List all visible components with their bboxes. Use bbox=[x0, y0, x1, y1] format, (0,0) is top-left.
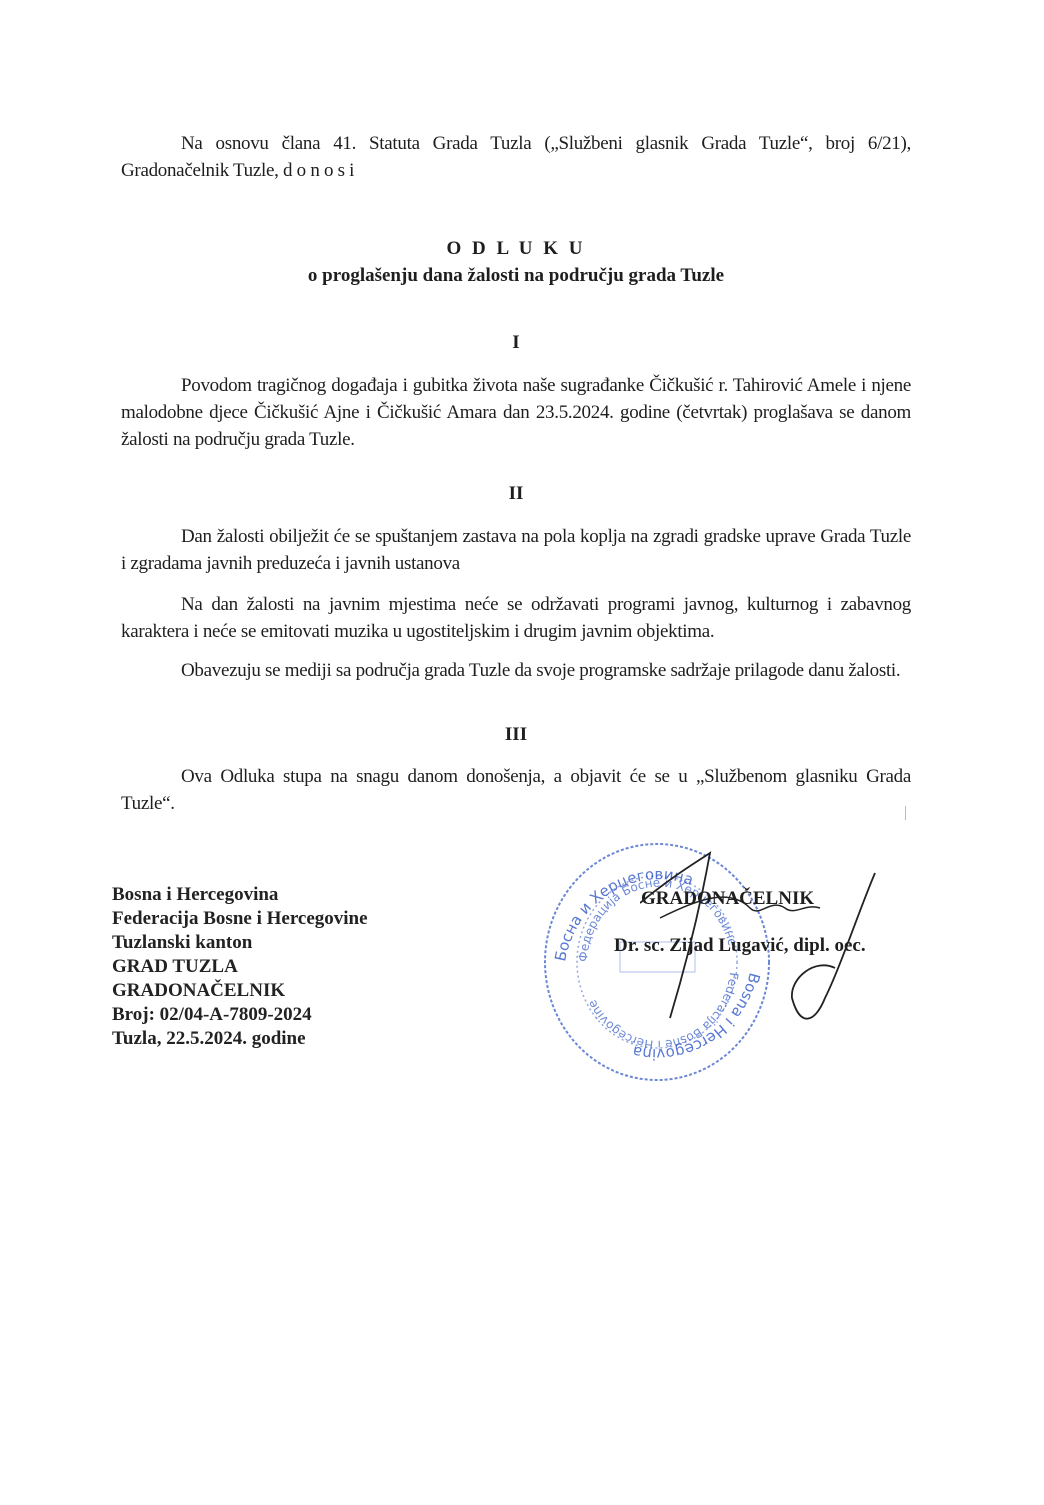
section-paragraph: Na dan žalosti na javnim mjestima neće s… bbox=[121, 591, 911, 645]
reference-number: Broj: 02/04-A-7809-2024 bbox=[112, 1003, 368, 1027]
section-paragraph: Povodom tragičnog događaja i gubitka živ… bbox=[121, 372, 911, 453]
issuer-line: GRADONAČELNIK bbox=[112, 979, 368, 1003]
section-numeral: II bbox=[121, 483, 911, 505]
section-paragraph: Obavezuju se mediji sa područja grada Tu… bbox=[121, 657, 911, 684]
paragraph-text: Na dan žalosti na javnim mjestima neće s… bbox=[121, 594, 911, 642]
preamble: Na osnovu člana 41. Statuta Grada Tuzla … bbox=[121, 130, 911, 184]
document-subtitle: o proglašenju dana žalosti na području g… bbox=[121, 265, 911, 287]
document-title: O D L U K U bbox=[121, 238, 911, 260]
paragraph-text: Dan žalosti obilježit će se spuštanjem z… bbox=[121, 526, 911, 574]
section-numeral: I bbox=[121, 332, 911, 354]
issuer-line: Federacija Bosne i Hercegovine bbox=[112, 907, 368, 931]
document-page: Na osnovu člana 41. Statuta Grada Tuzla … bbox=[0, 0, 1044, 1505]
preamble-text: Na osnovu člana 41. Statuta Grada Tuzla … bbox=[121, 133, 911, 181]
signature-icon bbox=[640, 848, 900, 1038]
issuer-line: Bosna i Hercegovina bbox=[112, 883, 368, 907]
paragraph-text: Ova Odluka stupa na snagu danom donošenj… bbox=[121, 766, 911, 814]
issuer-line: Tuzlanski kanton bbox=[112, 931, 368, 955]
section-paragraph: Dan žalosti obilježit će se spuštanjem z… bbox=[121, 523, 911, 577]
section-paragraph: Ova Odluka stupa na snagu danom donošenj… bbox=[121, 763, 911, 817]
section-numeral: III bbox=[121, 724, 911, 746]
paragraph-text: Povodom tragičnog događaja i gubitka živ… bbox=[121, 375, 911, 450]
issuer-block: Bosna i Hercegovina Federacija Bosne i H… bbox=[112, 883, 368, 1051]
paragraph-text: Obavezuju se mediji sa područja grada Tu… bbox=[181, 660, 900, 681]
issue-date: Tuzla, 22.5.2024. godine bbox=[112, 1027, 368, 1051]
scan-artifact bbox=[905, 806, 906, 820]
issuer-line: GRAD TUZLA bbox=[112, 955, 368, 979]
